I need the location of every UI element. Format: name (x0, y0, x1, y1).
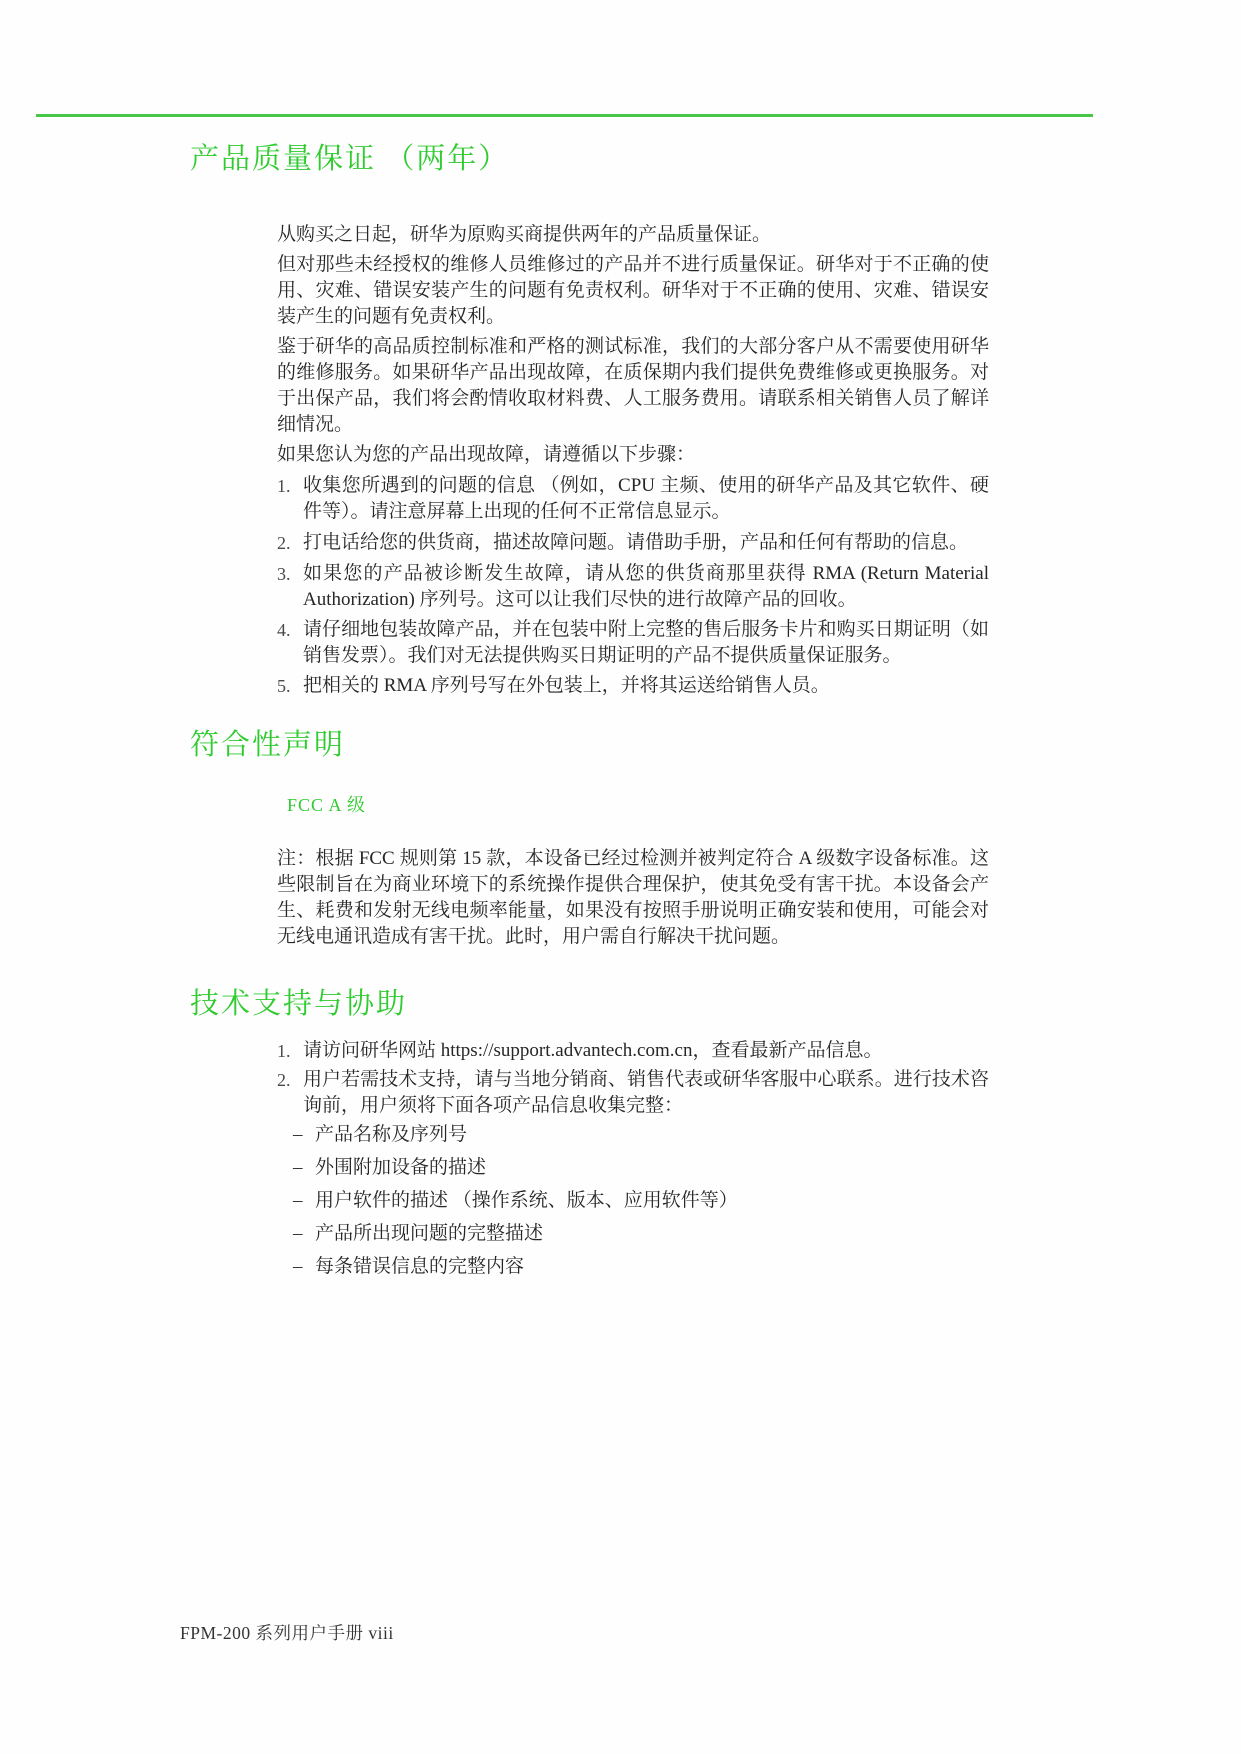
checklist-text: 用户软件的描述 （操作系统、版本、应用软件等） (315, 1188, 983, 1214)
warranty-paragraph-1: 从购买之日起，研华为原购买商提供两年的产品质量保证。 (277, 222, 989, 248)
checklist-item: – 产品所出现问题的完整描述 (293, 1221, 983, 1247)
checklist-text: 每条错误信息的完整内容 (315, 1254, 983, 1280)
warranty-steps-intro: 如果您认为您的产品出现故障，请遵循以下步骤： (277, 442, 989, 468)
page-content: 产品质量保证 （两年） 从购买之日起，研华为原购买商提供两年的产品质量保证。 但… (0, 117, 1241, 1280)
checklist-item: – 产品名称及序列号 (293, 1122, 983, 1148)
checklist-item: – 外围附加设备的描述 (293, 1155, 983, 1181)
warranty-paragraph-3: 鉴于研华的高品质控制标准和严格的测试标准，我们的大部分客户从不需要使用研华的维修… (277, 334, 989, 438)
dash-bullet: – (293, 1221, 315, 1247)
step-text: 如果您的产品被诊断发生故障，请从您的供货商那里获得 RMA (Return Ma… (303, 561, 989, 613)
checklist-text: 产品所出现问题的完整描述 (315, 1221, 983, 1247)
checklist-text: 外围附加设备的描述 (315, 1155, 983, 1181)
support-step: 1. 请访问研华网站 https://support.advantech.com… (277, 1038, 989, 1064)
manual-page: 产品质量保证 （两年） 从购买之日起，研华为原购买商提供两年的产品质量保证。 但… (0, 0, 1241, 1754)
page-footer: FPM-200 系列用户手册 viii (180, 1622, 394, 1644)
section-title-warranty: 产品质量保证 （两年） (190, 141, 1241, 177)
step-number: 3. (277, 561, 303, 613)
warranty-step: 2. 打电话给您的供货商，描述故障问题。请借助手册，产品和任何有帮助的信息。 (277, 530, 989, 556)
step-text: 收集您所遇到的问题的信息 （例如，CPU 主频、使用的研华产品及其它软件、硬件等… (303, 473, 989, 525)
step-number: 1. (277, 1038, 303, 1064)
warranty-paragraph-2: 但对那些未经授权的维修人员维修过的产品并不进行质量保证。研华对于不正确的使用、灾… (277, 252, 989, 330)
step-text: 请仔细地包装故障产品，并在包装中附上完整的售后服务卡片和购买日期证明（如销售发票… (303, 617, 989, 669)
warranty-step: 1. 收集您所遇到的问题的信息 （例如，CPU 主频、使用的研华产品及其它软件、… (277, 473, 989, 525)
warranty-step: 4. 请仔细地包装故障产品，并在包装中附上完整的售后服务卡片和购买日期证明（如销… (277, 617, 989, 669)
step-number: 4. (277, 617, 303, 669)
support-step: 2. 用户若需技术支持，请与当地分销商、销售代表或研华客服中心联系。进行技术咨询… (277, 1067, 989, 1119)
checklist-item: – 用户软件的描述 （操作系统、版本、应用软件等） (293, 1188, 983, 1214)
step-number: 5. (277, 673, 303, 699)
dash-bullet: – (293, 1155, 315, 1181)
step-number: 2. (277, 530, 303, 556)
step-number: 1. (277, 473, 303, 525)
dash-bullet: – (293, 1188, 315, 1214)
dash-bullet: – (293, 1122, 315, 1148)
step-text: 把相关的 RMA 序列号写在外包装上，并将其运送给销售人员。 (303, 673, 989, 699)
dash-bullet: – (293, 1254, 315, 1280)
checklist-item: – 每条错误信息的完整内容 (293, 1254, 983, 1280)
step-text: 请访问研华网站 https://support.advantech.com.cn… (303, 1038, 989, 1064)
warranty-step: 5. 把相关的 RMA 序列号写在外包装上，并将其运送给销售人员。 (277, 673, 989, 699)
checklist-text: 产品名称及序列号 (315, 1122, 983, 1148)
step-text: 打电话给您的供货商，描述故障问题。请借助手册，产品和任何有帮助的信息。 (303, 530, 989, 556)
fcc-note-paragraph: 注：根据 FCC 规则第 15 款，本设备已经过检测并被判定符合 A 级数字设备… (277, 846, 989, 950)
fcc-class-subheading: FCC A 级 (287, 793, 1241, 817)
step-number: 2. (277, 1067, 303, 1119)
section-title-declaration: 符合性声明 (190, 727, 1241, 763)
warranty-step: 3. 如果您的产品被诊断发生故障，请从您的供货商那里获得 RMA (Return… (277, 561, 989, 613)
step-text: 用户若需技术支持，请与当地分销商、销售代表或研华客服中心联系。进行技术咨询前，用… (303, 1067, 989, 1119)
section-title-support: 技术支持与协助 (190, 986, 1241, 1022)
